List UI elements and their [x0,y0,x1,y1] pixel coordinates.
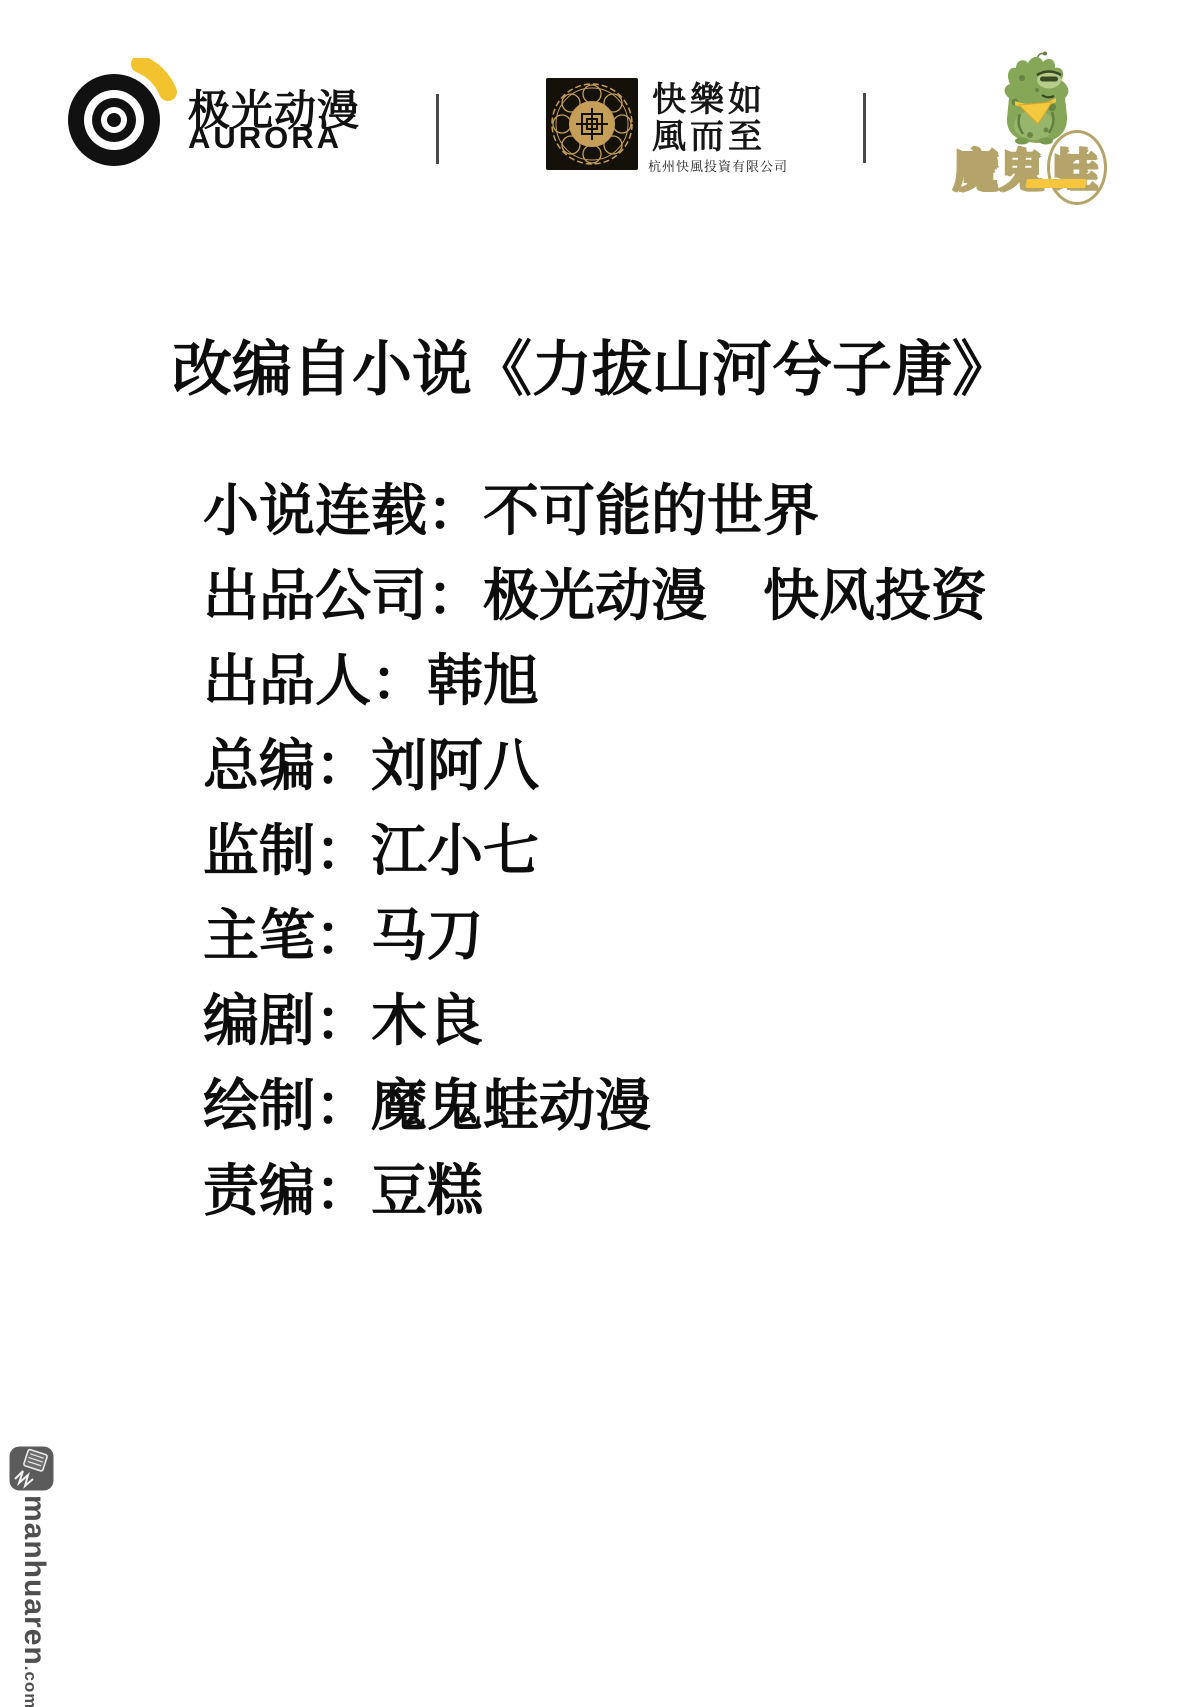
credit-value: 木良 [371,989,483,1052]
logo-divider [863,93,866,163]
credit-value: 马刀 [371,904,483,967]
credit-value: 魔鬼蛙动漫 [371,1074,651,1137]
credit-colon: ： [427,479,483,542]
credit-label: 主笔 [203,904,315,967]
credit-row: 出品人：韩旭 [203,650,987,735]
credit-label: 小说连载 [203,479,427,542]
credit-value: 豆糕 [371,1159,483,1222]
moguiwa-banner [1025,179,1086,188]
credit-colon: ： [315,734,371,797]
credit-value: 江小七 [371,819,539,882]
aurora-rings-icon [66,58,190,170]
watermark-tld: .com [21,1666,40,1707]
credit-value: 极光动漫 快风投资 [483,564,987,627]
credit-colon: ： [315,904,371,967]
watermark-site: manhuaren [18,1495,51,1666]
credit-label: 总编 [203,734,315,797]
credit-label: 编剧 [203,989,315,1052]
kuaifeng-company-name: 杭州快風投資有限公司 [648,156,788,175]
credit-colon: ： [371,649,427,712]
credit-colon: ： [315,989,371,1052]
credit-label: 出品公司 [203,564,427,627]
credit-label: 责编 [203,1159,315,1222]
watermark-text: manhuaren.com [17,1495,51,1707]
logo-divider [436,94,439,164]
credit-row: 总编：刘阿八 [203,735,987,820]
credit-value: 韩旭 [427,649,539,712]
credits-list: 小说连载：不可能的世界出品公司：极光动漫 快风投资出品人：韩旭总编：刘阿八监制：… [203,480,987,1245]
page-title: 改编自小说《力拔山河兮子唐》 [172,322,1012,408]
credit-row: 出品公司：极光动漫 快风投资 [203,565,987,650]
credit-colon: ： [315,819,371,882]
credit-label: 绘制 [203,1074,315,1137]
moguiwa-wordmark: 魔鬼蛙 [953,130,1107,205]
credits-page: 极光动漫 AURORA [0,0,1200,1707]
credit-row: 小说连载：不可能的世界 [203,480,987,565]
credit-row: 主笔：马刀 [203,905,987,990]
credit-value: 不可能的世界 [483,479,819,542]
credit-row: 监制：江小七 [203,820,987,905]
kuaifeng-slogan: 快樂如 風而至 [652,82,766,156]
kuaifeng-seal-icon [546,78,638,170]
moguiwa-name-circled: 蛙 [1047,130,1107,205]
credit-colon: ： [315,1159,371,1222]
credit-label: 出品人 [203,649,371,712]
manhuaren-logo-icon [9,1446,54,1491]
kuaifeng-seal [546,78,638,170]
moguiwa-name-main: 魔鬼 [953,145,1045,196]
credit-label: 监制 [203,819,315,882]
credit-row: 编剧：木良 [203,990,987,1075]
credit-colon: ： [427,564,483,627]
aurora-name-en: AURORA [188,120,342,156]
credit-row: 绘制：魔鬼蛙动漫 [203,1075,987,1160]
credit-colon: ： [315,1074,371,1137]
credit-value: 刘阿八 [371,734,539,797]
kuaifeng-slogan-line2: 風而至 [652,119,766,156]
kuaifeng-slogan-line1: 快樂如 [652,82,766,119]
credit-row: 责编：豆糕 [203,1160,987,1245]
